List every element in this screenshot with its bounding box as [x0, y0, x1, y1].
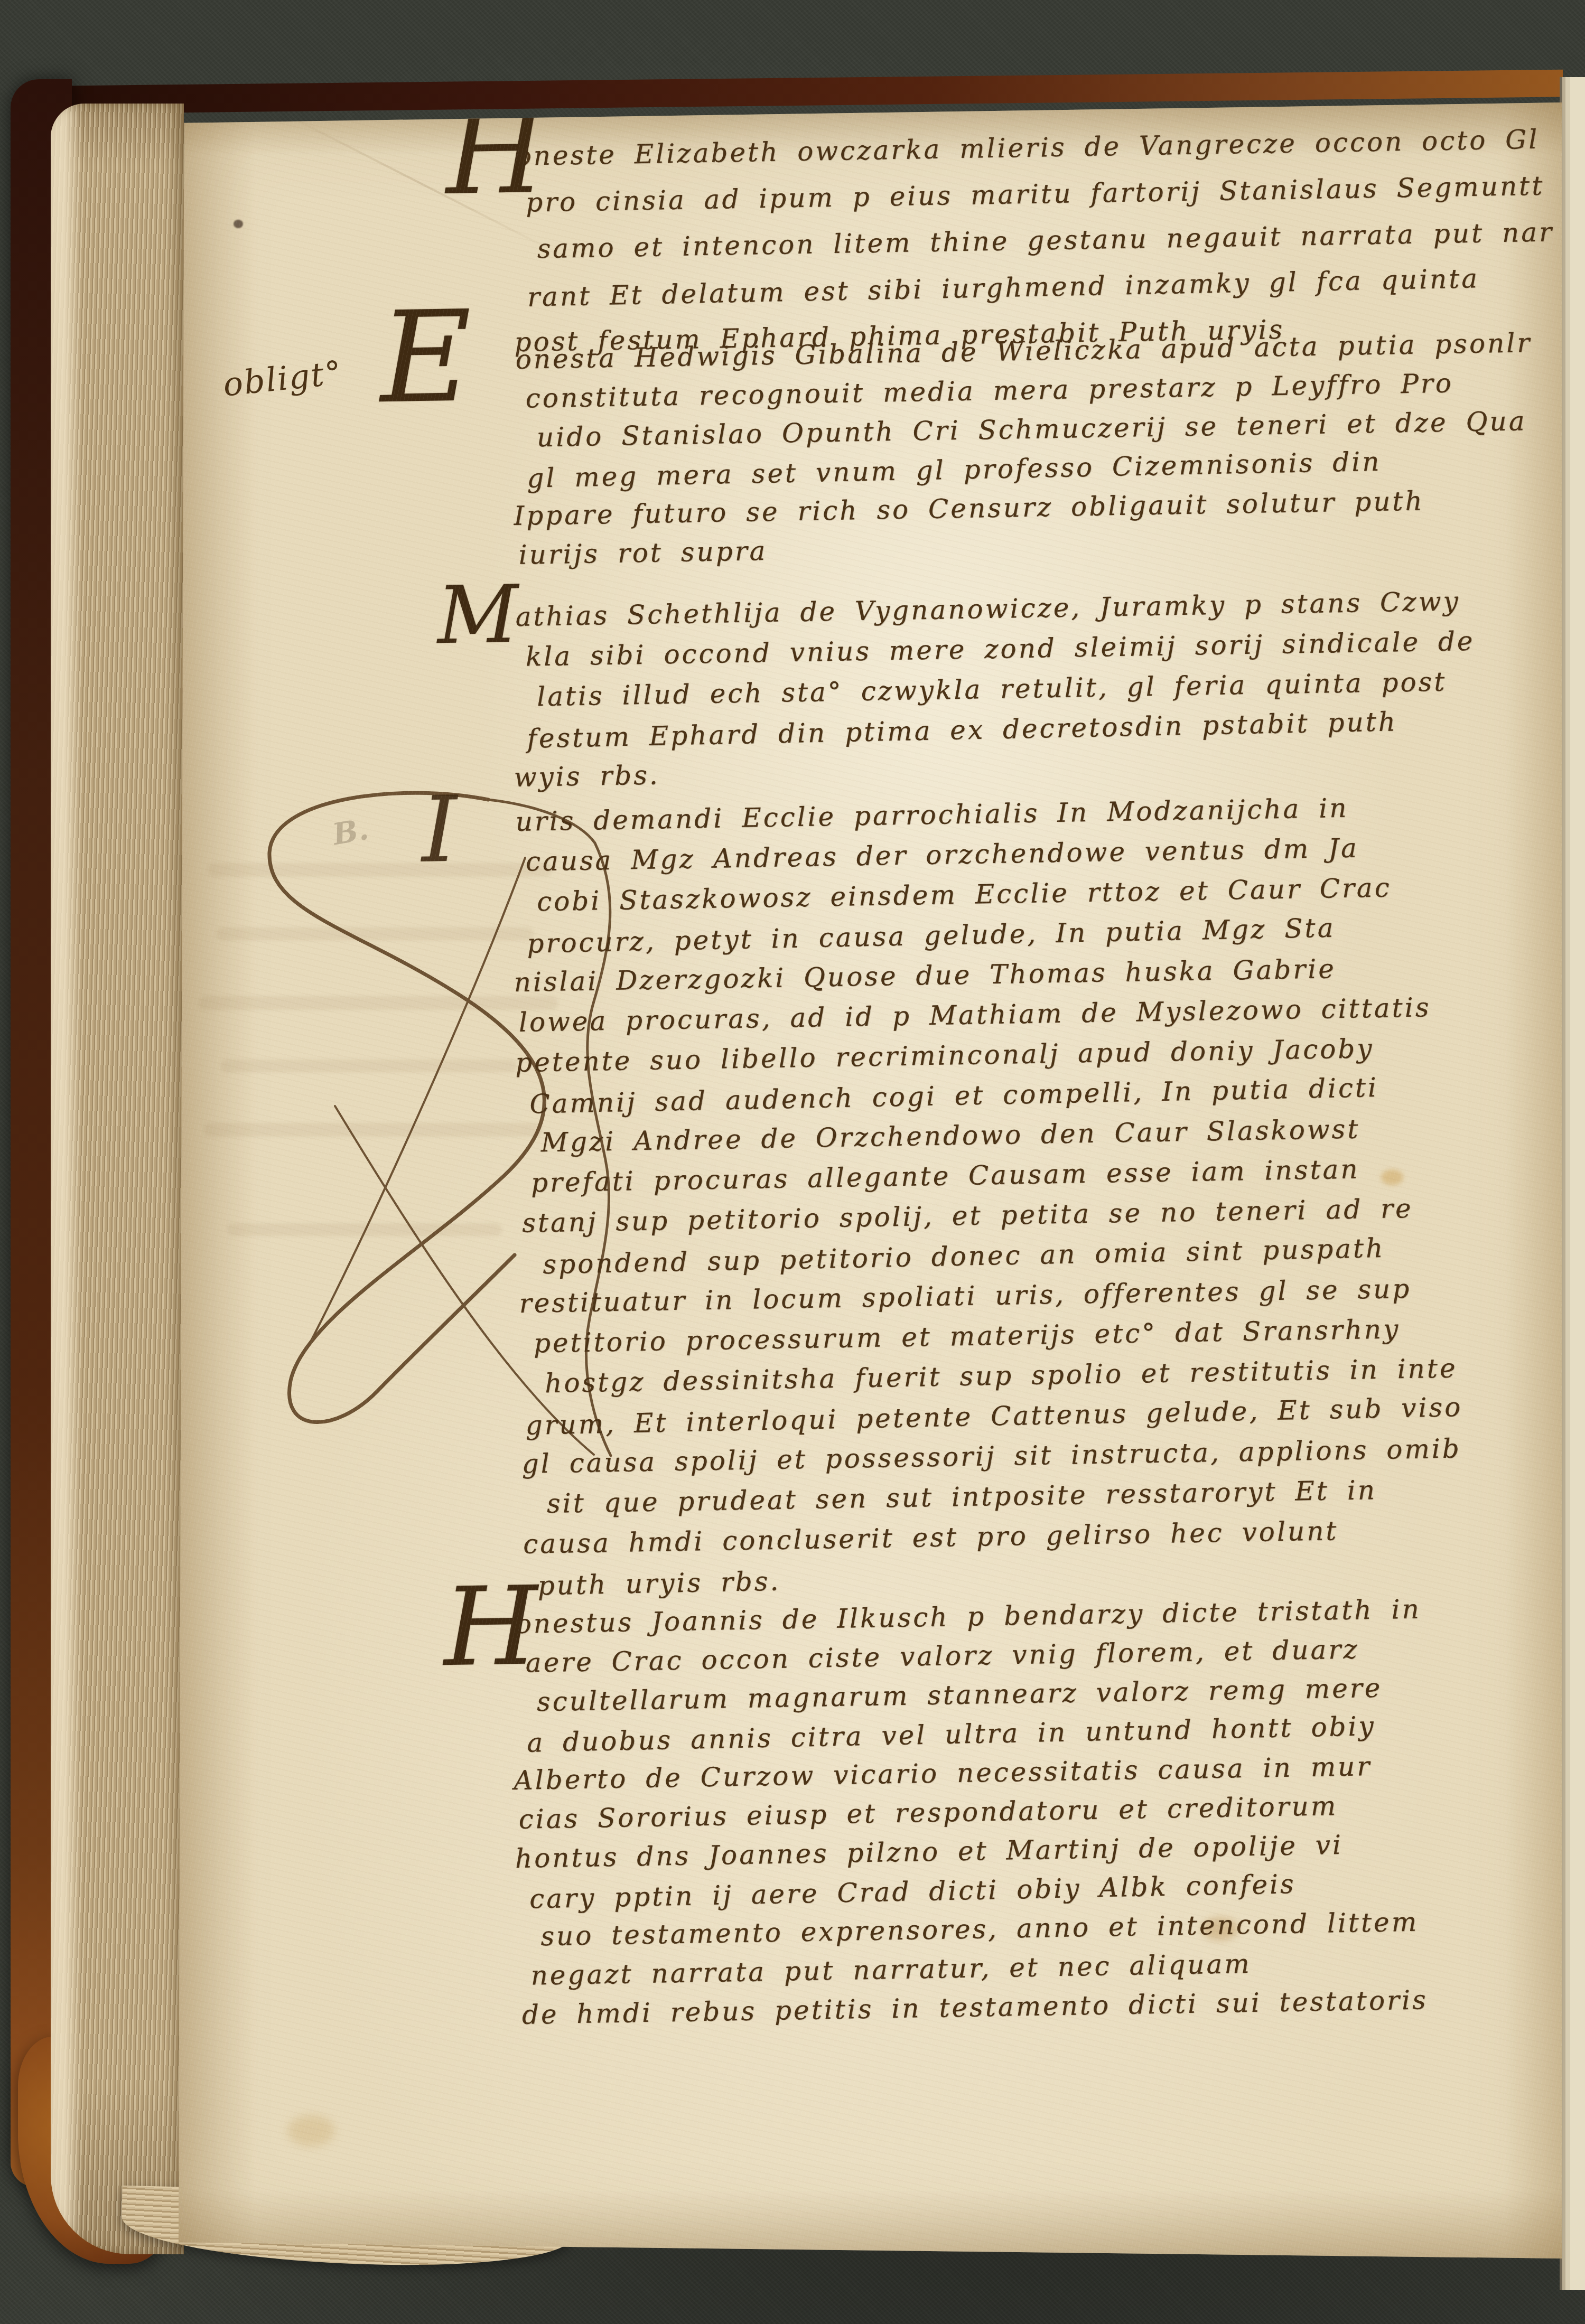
page-stack-fore-edge — [51, 104, 184, 2254]
entry-initial-letter: E — [379, 307, 473, 409]
register-entry: M athias Schethlija de Vygnanowicze, Jur… — [449, 579, 1562, 799]
entry-text: athias Schethlija de Vygnanowicze, Juram… — [511, 579, 1562, 798]
margin-note-pencil-b: B. — [330, 812, 371, 852]
entry-initial-letter: H — [443, 1583, 538, 1671]
photograph-of-manuscript: { "page": { "kind": "Handwritten manuscr… — [0, 0, 1585, 2324]
ink-stain — [234, 220, 243, 228]
entry-initial-letter: H — [445, 107, 545, 200]
entry-initial-letter: M — [437, 583, 519, 648]
entry-text: uris demandi Ecclie parrochialis In Modz… — [511, 784, 1562, 1605]
paper-stain — [287, 2115, 335, 2147]
register-entry: I uris demandi Ecclie parrochialis In Mo… — [449, 784, 1562, 1606]
register-entry: H onestus Joannis de Ilkusch p bendarzy … — [449, 1587, 1562, 2036]
entry-text: onestus Joannis de Ilkusch p bendarzy di… — [511, 1587, 1562, 2035]
register-entry: E onesta Hedwigis Gibalina de Wieliczka … — [449, 323, 1562, 576]
facing-leaf-edge — [1560, 77, 1585, 2290]
entry-text: onesta Hedwigis Gibalina de Wieliczka ap… — [511, 323, 1562, 575]
manuscript-page: obligt° B. H oneste Elizabeth owczarka m… — [176, 102, 1562, 2259]
entry-initial-letter: I — [421, 793, 458, 867]
margin-note-obligation: obligt° — [221, 353, 344, 404]
